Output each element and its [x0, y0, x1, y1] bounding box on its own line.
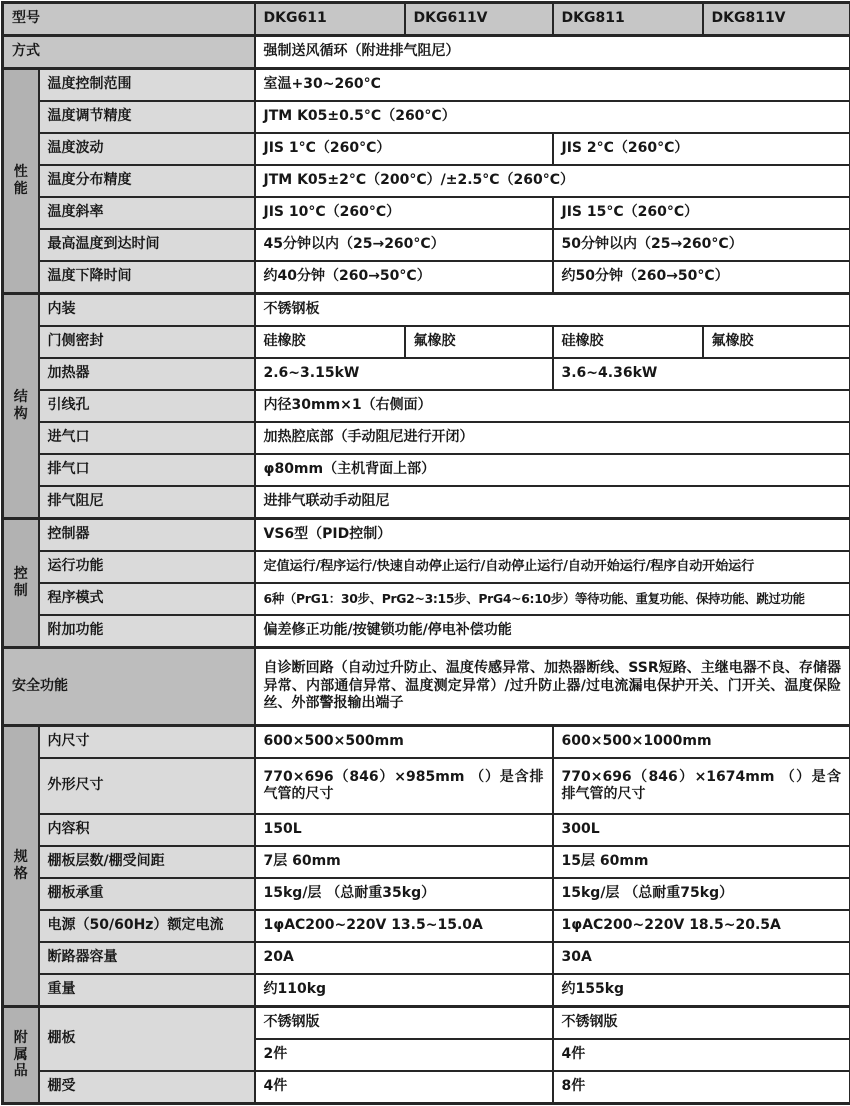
row-label: 温度波动 [39, 133, 255, 165]
spec-value: JTM K05±0.5°C（260°C） [255, 101, 850, 133]
row-label: 温度斜率 [39, 197, 255, 229]
row-label: 温度调节精度 [39, 101, 255, 133]
group-label: 附 属 品 [3, 1007, 39, 1104]
spec-value: 不锈钢版 [553, 1007, 850, 1040]
spec-value: 硅橡胶 [553, 326, 703, 358]
spec-value: 150L [255, 814, 553, 846]
row-label: 程序模式 [39, 583, 255, 615]
spec-value: 约110kg [255, 974, 553, 1007]
spec-value: 约40分钟（260→50°C） [255, 261, 553, 294]
spec-value: 8件 [553, 1071, 850, 1104]
spec-value: 15kg/层 （总耐重35kg） [255, 878, 553, 910]
model-header: DKG811 [553, 3, 703, 36]
spec-value: 6种（PrG1：30步、PrG2~3:15步、PrG4~6:10步）等待功能、重… [255, 583, 850, 615]
row-label: 控制器 [39, 519, 255, 552]
spec-value: 硅橡胶 [255, 326, 405, 358]
row-label: 门侧密封 [39, 326, 255, 358]
group-label: 规 格 [3, 726, 39, 1007]
row-label: 进气口 [39, 422, 255, 454]
spec-value: VS6型（PID控制） [255, 519, 850, 552]
spec-value: 4件 [553, 1039, 850, 1071]
spec-value: 不锈钢版 [255, 1007, 553, 1040]
spec-value: 进排气联动手动阻尼 [255, 486, 850, 519]
row-label: 附加功能 [39, 615, 255, 648]
spec-value: JIS 10°C（260°C） [255, 197, 553, 229]
spec-value: 770×696（846）×985mm （）是含排气管的尺寸 [255, 758, 553, 814]
row-label: 排气阻尼 [39, 486, 255, 519]
row-label: 内尺寸 [39, 726, 255, 759]
row-label: 引线孔 [39, 390, 255, 422]
row-label: 型号 [3, 3, 255, 36]
model-header: DKG611V [405, 3, 553, 36]
spec-value: 室温+30~260°C [255, 69, 850, 102]
spec-value: 7层 60mm [255, 846, 553, 878]
row-label: 方式 [3, 36, 255, 69]
row-label: 棚受 [39, 1071, 255, 1104]
spec-value: 自诊断回路（自动过升防止、温度传感异常、加热器断线、SSR短路、主继电器不良、存… [255, 648, 850, 726]
spec-value: 50分钟以内（25→260°C） [553, 229, 850, 261]
spec-sheet: 型号DKG611DKG611VDKG811DKG811V方式强制送风循环（附进排… [0, 0, 850, 1106]
spec-value: 约155kg [553, 974, 850, 1007]
spec-value: 氟橡胶 [405, 326, 553, 358]
row-label: 棚板承重 [39, 878, 255, 910]
spec-value: 1φAC200~220V 13.5~15.0A [255, 910, 553, 942]
spec-value: 不锈钢板 [255, 294, 850, 327]
row-label: 温度下降时间 [39, 261, 255, 294]
spec-value: 15层 60mm [553, 846, 850, 878]
spec-value: 加热腔底部（手动阻尼进行开闭） [255, 422, 850, 454]
group-label: 结 构 [3, 294, 39, 519]
row-label: 断路器容量 [39, 942, 255, 974]
spec-value: 内径30mm×1（右侧面） [255, 390, 850, 422]
row-label: 棚板层数/棚受间距 [39, 846, 255, 878]
spec-value: JTM K05±2°C（200°C）/±2.5°C（260°C） [255, 165, 850, 197]
spec-value: JIS 15°C（260°C） [553, 197, 850, 229]
model-header: DKG811V [703, 3, 850, 36]
spec-value: 300L [553, 814, 850, 846]
spec-value: 约50分钟（260→50°C） [553, 261, 850, 294]
row-label: 重量 [39, 974, 255, 1007]
spec-table: 型号DKG611DKG611VDKG811DKG811V方式强制送风循环（附进排… [1, 1, 850, 1105]
spec-value: JIS 1°C（260°C） [255, 133, 553, 165]
row-label: 外形尺寸 [39, 758, 255, 814]
spec-value: 氟橡胶 [703, 326, 850, 358]
spec-value: 45分钟以内（25→260°C） [255, 229, 553, 261]
model-header: DKG611 [255, 3, 405, 36]
row-label: 排气口 [39, 454, 255, 486]
spec-value: φ80mm（主机背面上部） [255, 454, 850, 486]
row-label: 电源（50/60Hz）额定电流 [39, 910, 255, 942]
row-label: 温度分布精度 [39, 165, 255, 197]
spec-value: 1φAC200~220V 18.5~20.5A [553, 910, 850, 942]
spec-value: 770×696（846）×1674mm （）是含排气管的尺寸 [553, 758, 850, 814]
spec-value: 定值运行/程序运行/快速自动停止运行/自动停止运行/自动开始运行/程序自动开始运… [255, 551, 850, 583]
row-label: 棚板 [39, 1007, 255, 1072]
spec-value: 600×500×1000mm [553, 726, 850, 759]
row-label: 运行功能 [39, 551, 255, 583]
row-label: 安全功能 [3, 648, 255, 726]
spec-value: 强制送风循环（附进排气阻尼） [255, 36, 850, 69]
group-label: 控 制 [3, 519, 39, 648]
row-label: 内装 [39, 294, 255, 327]
spec-value: 4件 [255, 1071, 553, 1104]
spec-value: 20A [255, 942, 553, 974]
spec-value: JIS 2°C（260°C） [553, 133, 850, 165]
spec-value: 3.6~4.36kW [553, 358, 850, 390]
spec-value: 15kg/层 （总耐重75kg） [553, 878, 850, 910]
spec-value: 2件 [255, 1039, 553, 1071]
row-label: 内容积 [39, 814, 255, 846]
spec-value: 600×500×500mm [255, 726, 553, 759]
spec-value: 2.6~3.15kW [255, 358, 553, 390]
row-label: 加热器 [39, 358, 255, 390]
row-label: 温度控制范围 [39, 69, 255, 102]
row-label: 最高温度到达时间 [39, 229, 255, 261]
spec-value: 偏差修正功能/按键锁功能/停电补偿功能 [255, 615, 850, 648]
group-label: 性 能 [3, 69, 39, 294]
spec-value: 30A [553, 942, 850, 974]
